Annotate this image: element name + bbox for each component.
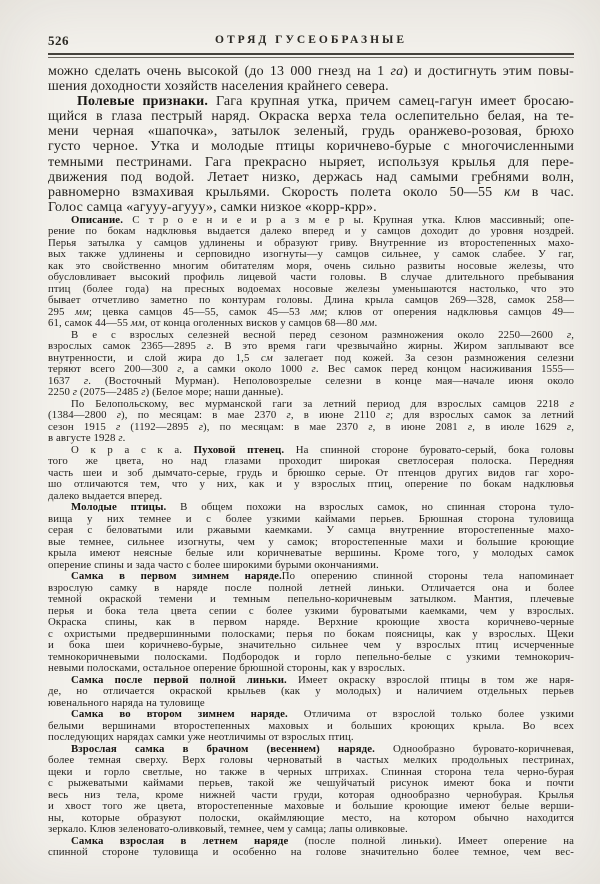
text-line: Самка во втором зимнем наряде. Отличима … <box>48 709 574 721</box>
text-line: зеркало. Клюв зеленовато-оливковый, темн… <box>48 824 574 836</box>
text-line: серая с беловатыми или ржавыми каемками.… <box>48 525 574 537</box>
text-line: внутренности, и слой жира до 1,5 см зале… <box>48 353 574 365</box>
page-content: 526 ОТРЯД ГУСЕОБРАЗНЫЕ можно сделать оче… <box>48 33 574 859</box>
paragraph: По Белопольскому, вес мурманской гаги за… <box>48 399 574 445</box>
paragraph: В е с взрослых селезней весной перед сез… <box>48 330 574 399</box>
paragraph: Полевые признаки. Гага крупная утка, при… <box>48 94 574 215</box>
text-line: Взрослая самка в брачном (весеннем) наря… <box>48 744 574 756</box>
text-line: Голос самца «агууу-агууу», самки низкое … <box>48 200 574 215</box>
text-line: темнокоричневыми полосками. Подбородок и… <box>48 652 574 664</box>
text-line: 295 мм; цевка самцов 45—55, самок 45—53 … <box>48 307 574 319</box>
text-line: густо черное. Утка и молодые птицы корич… <box>48 139 574 154</box>
text-line: перья и бока тела цвета сепии с более уз… <box>48 606 574 618</box>
paragraph: Самка взрослая в летнем наряде (после по… <box>48 836 574 859</box>
text-line: щийся в глаза пестрый наряд. Окраска вер… <box>48 109 574 124</box>
paragraph: Самка после первой полной линьки. Имеет … <box>48 675 574 710</box>
text-line: 2250 г (2075—2485 г) (Белое море; наши д… <box>48 387 574 399</box>
header-rule <box>48 53 574 58</box>
text-line: часть шеи и зоб дымчато-серые, грудь и б… <box>48 468 574 480</box>
text-line: шо отличаются тем, что у них, как и у вз… <box>48 479 574 491</box>
text-line: мени черная «шапочка», затылок зеленый, … <box>48 124 574 139</box>
paragraph: Самка в первом зимнем наряде.По оперению… <box>48 571 574 675</box>
text-line: с рыжеватыми каймами перьев, такой же че… <box>48 778 574 790</box>
paragraph: Описание. С т р о е н и е и р а з м е р … <box>48 215 574 330</box>
text-line: спинной стороне туловища и особенно на г… <box>48 847 574 859</box>
text-line: последующих нарядах самки уже неотличимы… <box>48 732 574 744</box>
text-line: в августе 1928 г. <box>48 433 574 445</box>
text-line: взрослую самку в наряде после полной лет… <box>48 583 574 595</box>
text-line: Перья затылка у самцов удлинены и образу… <box>48 238 574 250</box>
text-line: невыми полосками, остальное оперение брю… <box>48 663 574 675</box>
text-line: теряют всего 200—300 г, а самки около 10… <box>48 364 574 376</box>
text-line: шения доходности хозяйств населения край… <box>48 79 574 94</box>
paragraph: Молодые птицы. В общем похожи на взрослы… <box>48 502 574 571</box>
text-line: и хвост того же цвета, второстепенные ма… <box>48 801 574 813</box>
text-line: О к р а с к а. Пуховой птенец. На спинно… <box>48 445 574 457</box>
paragraph: можно сделать очень высокой (до 13 000 г… <box>48 64 574 94</box>
text-line: В е с взрослых селезней весной перед сез… <box>48 330 574 342</box>
text-line: бывает отчетливо заметно по контурам гол… <box>48 295 574 307</box>
text-line: щеки и горло светлые, но также в черных … <box>48 767 574 779</box>
text-line: темными пестринами. Гага прекрасно ныряе… <box>48 155 574 170</box>
running-title: ОТРЯД ГУСЕОБРАЗНЫЕ <box>48 34 574 46</box>
paragraph: Самка во втором зимнем наряде. Отличима … <box>48 709 574 744</box>
text-line: рение по бокам надклювья выдается далеко… <box>48 226 574 238</box>
text-line: оперение спины и зада часто с более широ… <box>48 560 574 572</box>
text-line: Самка взрослая в летнем наряде (после по… <box>48 836 574 848</box>
text-line: сезон 1915 г (1192—2895 г), по месяцам: … <box>48 422 574 434</box>
text-line: де, но отличается окраской крыльев (как … <box>48 686 574 698</box>
text-line: вые темнее, сильнее изогнуты, чем у само… <box>48 537 574 549</box>
text-line: ювенального наряда на туловище <box>48 698 574 710</box>
text-line: Окраска спины, как в первом наряде. Верх… <box>48 617 574 629</box>
text-line: с охристыми предвершинными полосками; пе… <box>48 629 574 641</box>
text-line: белыми вершинами второстепенных маховых … <box>48 721 574 733</box>
text-line: Самка после первой полной линьки. Имеет … <box>48 675 574 687</box>
body-text: можно сделать очень высокой (до 13 000 г… <box>48 64 574 859</box>
text-line: движения под водой. Летает низко, держас… <box>48 170 574 185</box>
text-line: Самка в первом зимнем наряде.По оперению… <box>48 571 574 583</box>
text-line: 61, самок 44—55 мм, от конца оголенных в… <box>48 318 574 330</box>
text-line: Молодые птицы. В общем похожи на взрослы… <box>48 502 574 514</box>
paragraph: О к р а с к а. Пуховой птенец. На спинно… <box>48 445 574 503</box>
text-line: крыла имеют неясные белые или коричневат… <box>48 548 574 560</box>
text-line: весь низ тела, кроме нижней части груди,… <box>48 790 574 802</box>
text-line: как это свойственно многим обитателям мо… <box>48 261 574 273</box>
text-line: вых также удлинены и серповидно изогнуты… <box>48 249 574 261</box>
text-line: 1637 г. (Восточный Мурман). Неполовозрел… <box>48 376 574 388</box>
text-line: (1384—2800 г), по месяцам: в мае 2370 г,… <box>48 410 574 422</box>
text-line: равномерно взмахивая крыльями. Скорость … <box>48 185 574 200</box>
text-line: можно сделать очень высокой (до 13 000 г… <box>48 64 574 79</box>
text-line: и бока шеи коричнево-бурые, значительно … <box>48 640 574 652</box>
text-line: птиц (более года) на пресных водоемах но… <box>48 284 574 296</box>
paragraph: Взрослая самка в брачном (весеннем) наря… <box>48 744 574 836</box>
text-line: того же цвета, но над глазами проходит ш… <box>48 456 574 468</box>
text-line: По Белопольскому, вес мурманской гаги за… <box>48 399 574 411</box>
text-line: обусловливает высокий профиль лицевой ча… <box>48 272 574 284</box>
text-line: Описание. С т р о е н и е и р а з м е р … <box>48 215 574 227</box>
text-line: далеко выдается вперед. <box>48 491 574 503</box>
text-line: более темная сверху. Верх головы чернова… <box>48 755 574 767</box>
page-header: 526 ОТРЯД ГУСЕОБРАЗНЫЕ <box>48 33 574 49</box>
text-line: взрослых самок 2365—2895 г. В это время … <box>48 341 574 353</box>
text-line: вища у них темнее и с более узкими кайма… <box>48 514 574 526</box>
text-line: Полевые признаки. Гага крупная утка, при… <box>48 94 574 109</box>
text-line: ны, которые образуют полоски, окаймляющи… <box>48 813 574 825</box>
book-page: 526 ОТРЯД ГУСЕОБРАЗНЫЕ можно сделать оче… <box>0 0 600 884</box>
text-line: темной окраской темени и темным пепельно… <box>48 594 574 606</box>
